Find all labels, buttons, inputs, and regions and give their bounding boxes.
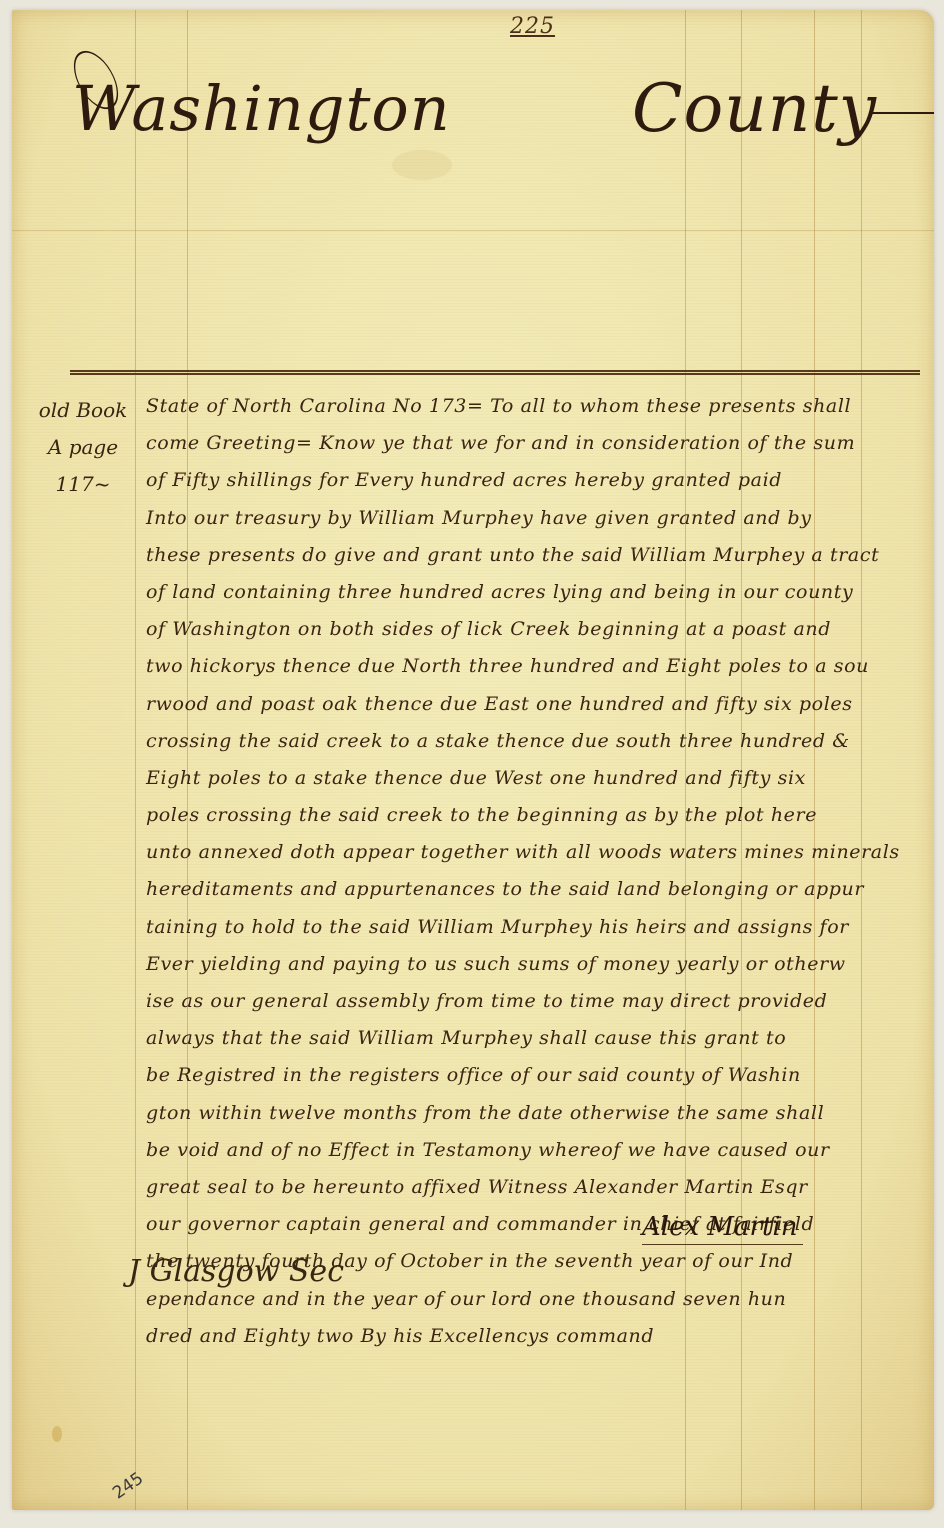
secretary-signature: J Glasgow Sec	[128, 1254, 344, 1289]
margin-note-line: A page	[28, 429, 138, 466]
margin-note-line: old Book	[28, 392, 138, 429]
county-title-right: County	[632, 70, 877, 147]
text-line: dred and Eighty two By his Excellencys c…	[146, 1318, 936, 1355]
text-line: great seal to be hereunto affixed Witnes…	[146, 1169, 936, 1206]
text-line: be void and of no Effect in Testamony wh…	[146, 1132, 936, 1169]
text-line: unto annexed doth appear together with a…	[146, 834, 936, 871]
paper-stain	[392, 150, 452, 180]
governor-signature: Alex Martin	[642, 1212, 803, 1245]
text-line: rwood and poast oak thence due East one …	[146, 686, 936, 723]
text-line: gton within twelve months from the date …	[146, 1095, 936, 1132]
text-line: of Fifty shillings for Every hundred acr…	[146, 462, 936, 499]
text-line: ise as our general assembly from time to…	[146, 983, 936, 1020]
text-line: hereditaments and appurtenances to the s…	[146, 871, 936, 908]
text-line: Into our treasury by William Murphey hav…	[146, 500, 936, 537]
county-title-left: Washington	[72, 72, 451, 145]
text-line: these presents do give and grant unto th…	[146, 537, 936, 574]
text-line: be Registred in the registers office of …	[146, 1057, 936, 1094]
text-line: State of North Carolina No 173= To all t…	[146, 388, 936, 425]
text-line: poles crossing the said creek to the beg…	[146, 797, 936, 834]
title-flourish-line	[870, 112, 934, 114]
text-line: Eight poles to a stake thence due West o…	[146, 760, 936, 797]
text-line: of Washington on both sides of lick Cree…	[146, 611, 936, 648]
text-line: our governor captain general and command…	[146, 1206, 936, 1243]
text-line: always that the said William Murphey sha…	[146, 1020, 936, 1057]
folio-number: 225	[510, 14, 555, 39]
text-line: crossing the said creek to a stake thenc…	[146, 723, 936, 760]
text-line: come Greeting= Know ye that we for and i…	[146, 425, 936, 462]
land-grant-text: State of North Carolina No 173= To all t…	[146, 388, 936, 1355]
text-line: two hickorys thence due North three hund…	[146, 648, 936, 685]
margin-reference-note: old Book A page 117~	[28, 392, 138, 503]
paper-stain	[52, 1426, 62, 1442]
section-double-rule	[70, 370, 920, 375]
margin-note-line: 117~	[28, 466, 138, 503]
text-line: of land containing three hundred acres l…	[146, 574, 936, 611]
header-rule	[12, 230, 934, 231]
text-line: Ever yielding and paying to us such sums…	[146, 946, 936, 983]
text-line: taining to hold to the said William Murp…	[146, 909, 936, 946]
